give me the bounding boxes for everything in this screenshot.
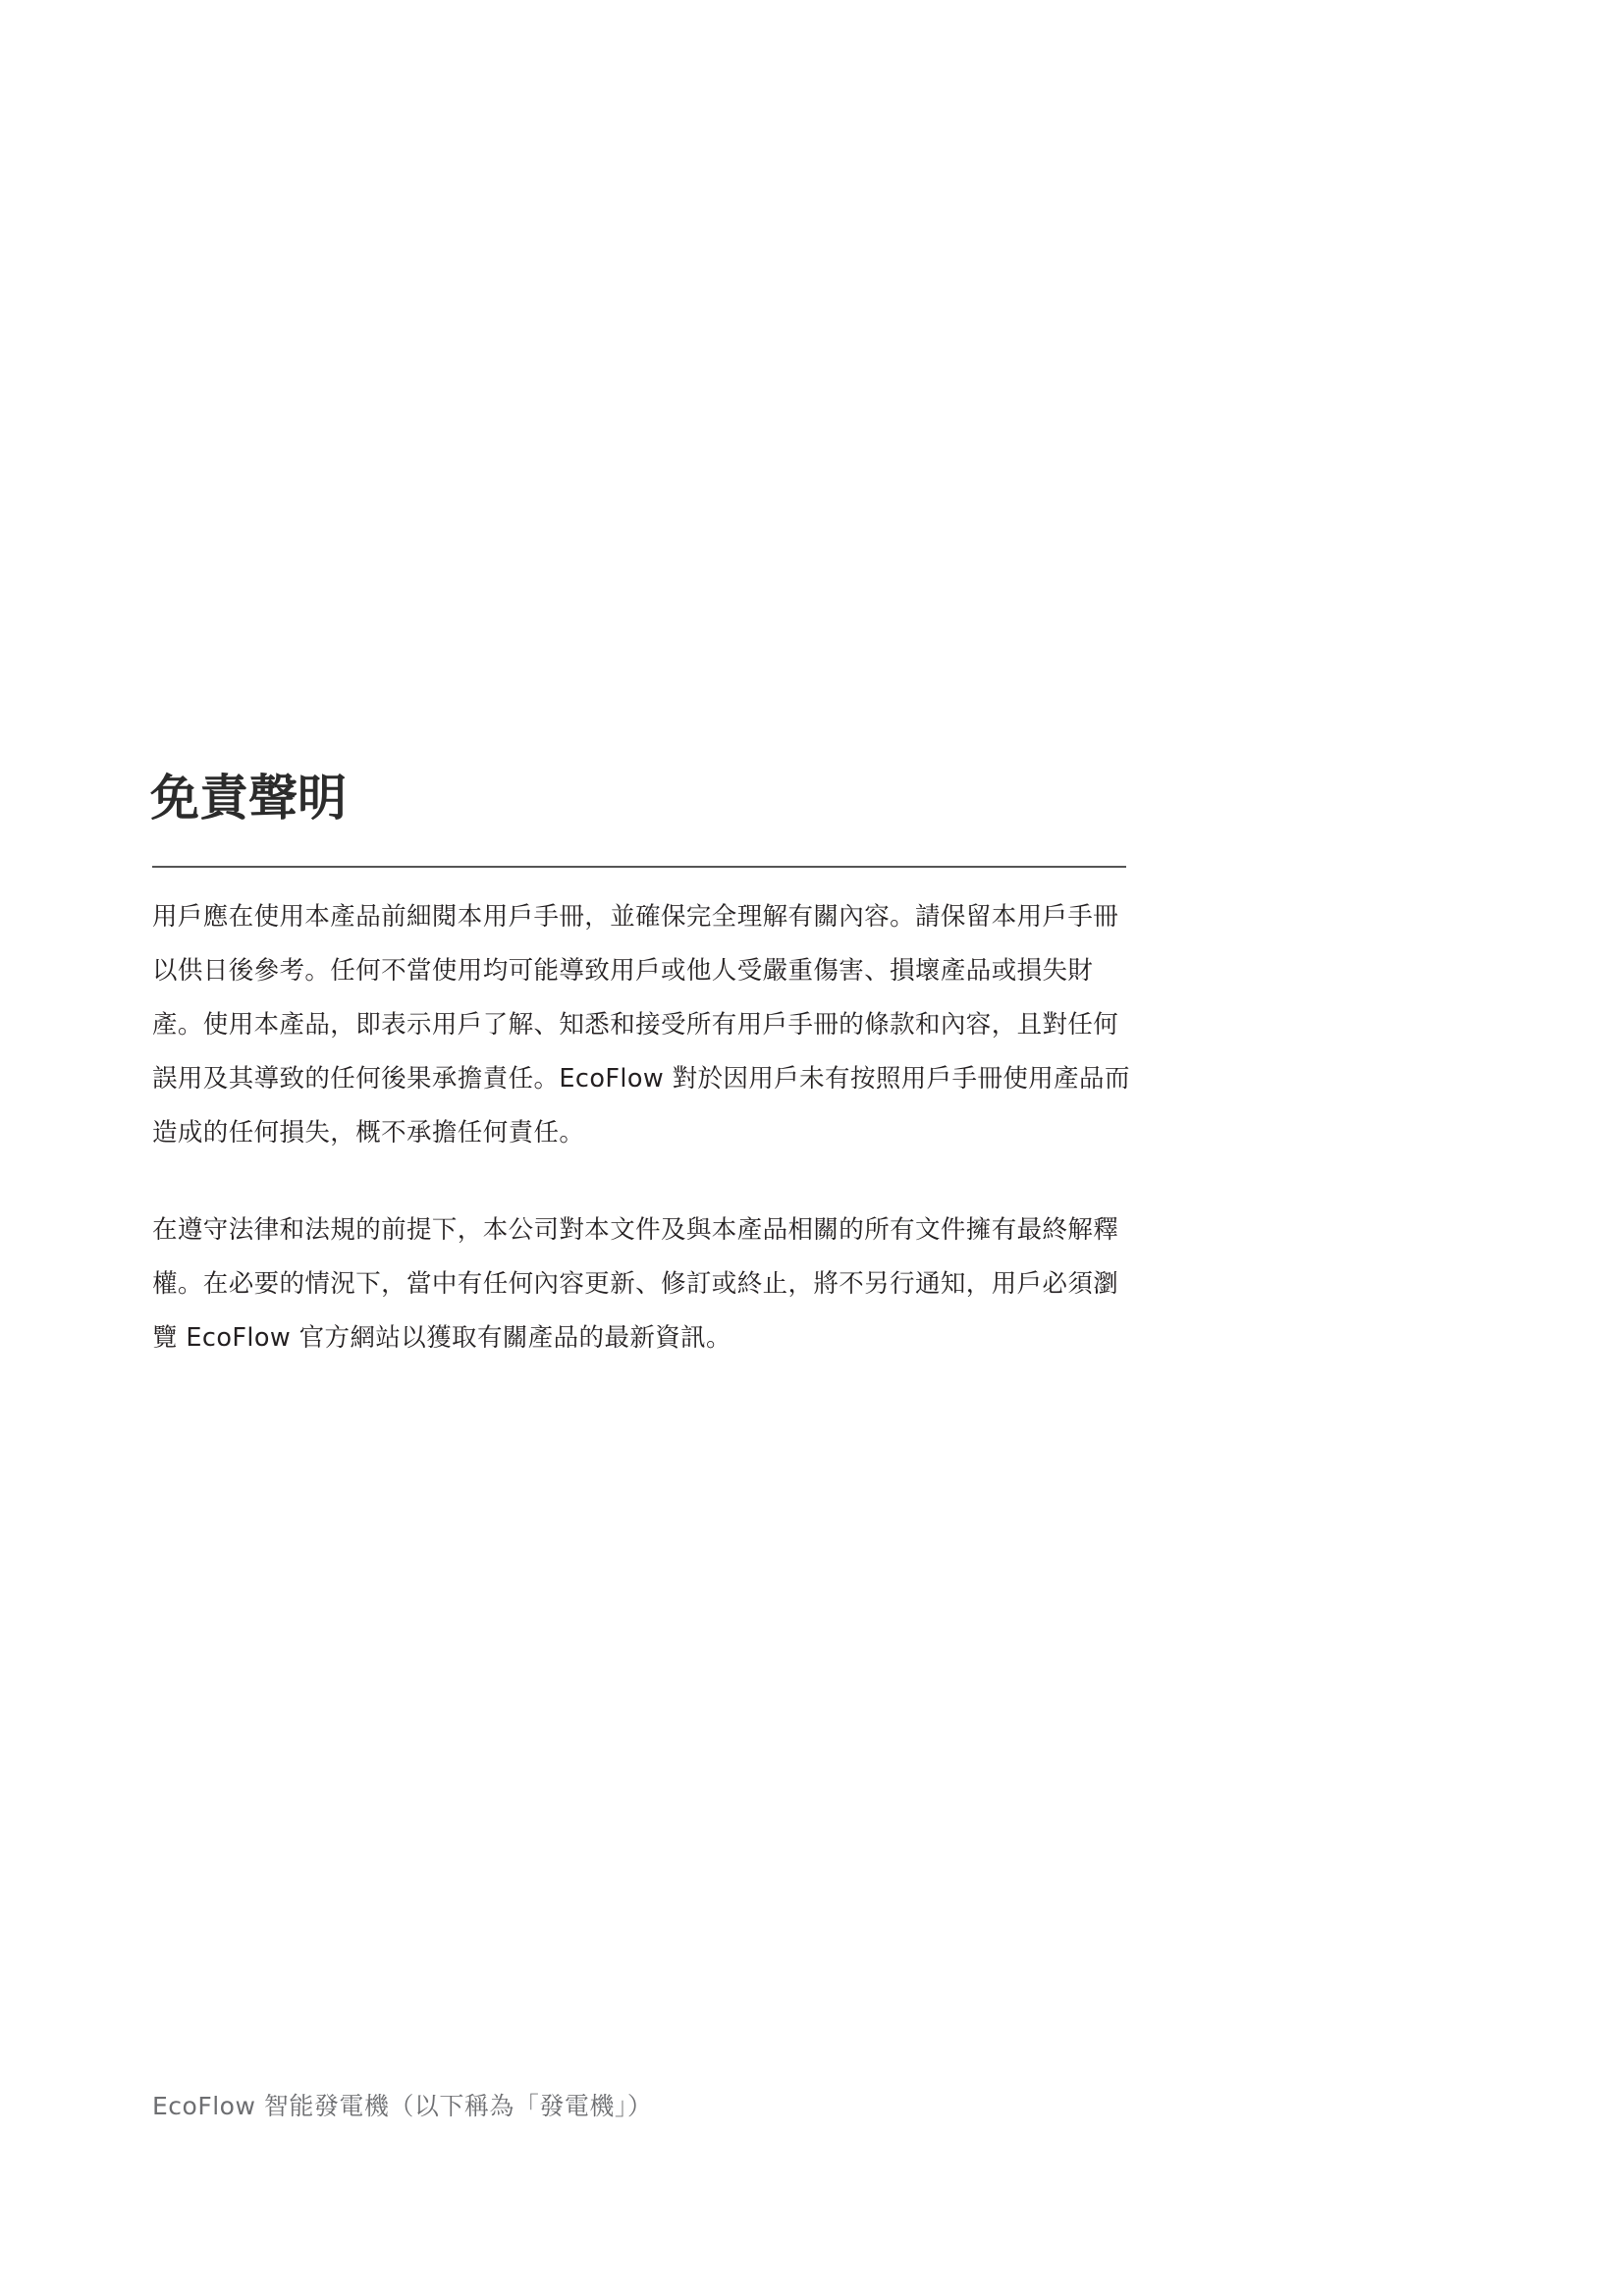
text-line: 用戶應在使用本產品前細閱本用戶手冊，並確保完全理解有關內容。請保留本用戶手冊 — [152, 890, 1144, 944]
text-line: 權。在必要的情況下，當中有任何內容更新、修訂或終止，將不另行通知，用戶必須瀏 — [152, 1257, 1144, 1311]
paragraph-text: 在遵守法律和法規的前提下，本公司對本文件及與本產品相關的所有文件擁有最終解釋 權… — [152, 1203, 1144, 1365]
text-line: 造成的任何損失，概不承擔任何責任。 — [152, 1106, 1144, 1160]
title-divider — [152, 866, 1126, 868]
page-footer: EcoFlow 智能發電機（以下稱為「發電機」） — [152, 2089, 652, 2124]
disclaimer-paragraph-2: 在遵守法律和法規的前提下，本公司對本文件及與本產品相關的所有文件擁有最終解釋 權… — [152, 1203, 1144, 1365]
text-line: 覽 EcoFlow 官方網站以獲取有關產品的最新資訊。 — [152, 1311, 1144, 1365]
disclaimer-paragraph-1: 用戶應在使用本產品前細閱本用戶手冊，並確保完全理解有關內容。請保留本用戶手冊 以… — [152, 890, 1144, 1160]
text-line: 誤用及其導致的任何後果承擔責任。EcoFlow 對於因用戶未有按照用戶手冊使用產… — [152, 1052, 1144, 1106]
paragraph-text: 用戶應在使用本產品前細閱本用戶手冊，並確保完全理解有關內容。請保留本用戶手冊 以… — [152, 890, 1144, 1160]
text-line: 在遵守法律和法規的前提下，本公司對本文件及與本產品相關的所有文件擁有最終解釋 — [152, 1203, 1144, 1257]
text-line: 以供日後參考。任何不當使用均可能導致用戶或他人受嚴重傷害、損壞產品或損失財 — [152, 944, 1144, 998]
page-title: 免責聲明 — [150, 764, 347, 832]
text-line: 產。使用本產品，即表示用戶了解、知悉和接受所有用戶手冊的條款和內容，且對任何 — [152, 998, 1144, 1052]
